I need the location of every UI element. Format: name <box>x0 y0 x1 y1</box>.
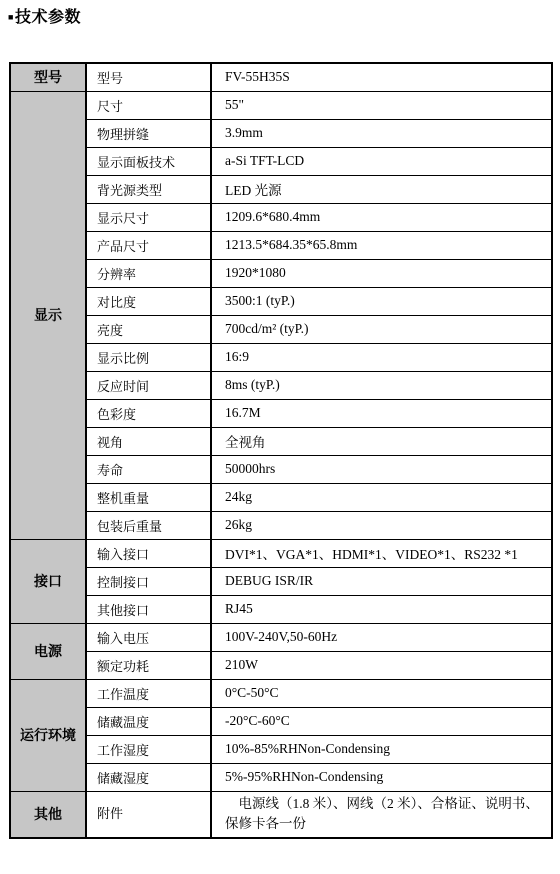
spec-value-cell: 1213.5*684.35*65.8mm <box>211 231 552 259</box>
spec-label-cell: 控制接口 <box>86 567 211 595</box>
category-cell-environment: 运行环境 <box>10 679 86 791</box>
spec-label-cell: 视角 <box>86 427 211 455</box>
spec-value-cell: RJ45 <box>211 595 552 623</box>
table-row: 视角 全视角 <box>10 427 552 455</box>
spec-label-cell: 显示面板技术 <box>86 147 211 175</box>
spec-value-cell: 0°C-50°C <box>211 679 552 707</box>
spec-value-cell: 电源线（1.8 米）、网线（2 米）、合格证、说明书、保修卡各一份 <box>211 791 552 838</box>
spec-value-cell: 16:9 <box>211 343 552 371</box>
spec-label-cell: 寿命 <box>86 455 211 483</box>
spec-label-cell: 物理拼缝 <box>86 119 211 147</box>
table-row: 物理拼缝 3.9mm <box>10 119 552 147</box>
category-cell-display: 显示 <box>10 91 86 539</box>
spec-value-cell: LED 光源 <box>211 175 552 203</box>
spec-label-cell: 输入电压 <box>86 623 211 651</box>
spec-value-cell: 24kg <box>211 483 552 511</box>
spec-sheet-page: ■技术参数 型号 型号 FV-55H35S 显示 尺寸 55" 物理拼缝 3.9… <box>0 0 560 874</box>
table-row: 运行环境 工作温度 0°C-50°C <box>10 679 552 707</box>
spec-value-cell: 全视角 <box>211 427 552 455</box>
table-row: 其他接口 RJ45 <box>10 595 552 623</box>
spec-label-cell: 反应时间 <box>86 371 211 399</box>
spec-label-cell: 工作湿度 <box>86 735 211 763</box>
spec-label-cell: 其他接口 <box>86 595 211 623</box>
table-row: 额定功耗 210W <box>10 651 552 679</box>
table-row: 储藏湿度 5%-95%RHNon-Condensing <box>10 763 552 791</box>
spec-value-cell: 26kg <box>211 511 552 539</box>
spec-value-cell: FV-55H35S <box>211 63 552 91</box>
table-row: 其他 附件 电源线（1.8 米）、网线（2 米）、合格证、说明书、保修卡各一份 <box>10 791 552 838</box>
spec-value-cell: 100V-240V,50-60Hz <box>211 623 552 651</box>
spec-label-cell: 色彩度 <box>86 399 211 427</box>
spec-label-cell: 额定功耗 <box>86 651 211 679</box>
spec-label-cell: 背光源类型 <box>86 175 211 203</box>
table-row: 显示尺寸 1209.6*680.4mm <box>10 203 552 231</box>
spec-label-cell: 型号 <box>86 63 211 91</box>
spec-value-cell: 16.7M <box>211 399 552 427</box>
table-row: 反应时间 8ms (tyP.) <box>10 371 552 399</box>
spec-label-cell: 分辨率 <box>86 259 211 287</box>
spec-label-cell: 对比度 <box>86 287 211 315</box>
category-cell-interface: 接口 <box>10 539 86 623</box>
table-row: 整机重量 24kg <box>10 483 552 511</box>
page-title: ■技术参数 <box>8 7 81 28</box>
spec-value-cell: -20°C-60°C <box>211 707 552 735</box>
table-row: 包装后重量 26kg <box>10 511 552 539</box>
spec-value-cell: DVI*1、VGA*1、HDMI*1、VIDEO*1、RS232 *1 <box>211 539 552 567</box>
category-cell-power: 电源 <box>10 623 86 679</box>
spec-label-cell: 尺寸 <box>86 91 211 119</box>
table-row: 控制接口 DEBUG ISR/IR <box>10 567 552 595</box>
table-row: 型号 型号 FV-55H35S <box>10 63 552 91</box>
spec-table: 型号 型号 FV-55H35S 显示 尺寸 55" 物理拼缝 3.9mm 显示面… <box>9 62 553 839</box>
table-row: 寿命 50000hrs <box>10 455 552 483</box>
spec-value-cell: 3.9mm <box>211 119 552 147</box>
spec-value-cell: 5%-95%RHNon-Condensing <box>211 763 552 791</box>
spec-label-cell: 显示比例 <box>86 343 211 371</box>
table-row: 接口 输入接口 DVI*1、VGA*1、HDMI*1、VIDEO*1、RS232… <box>10 539 552 567</box>
spec-value-cell: DEBUG ISR/IR <box>211 567 552 595</box>
spec-label-cell: 显示尺寸 <box>86 203 211 231</box>
table-row: 显示 尺寸 55" <box>10 91 552 119</box>
spec-label-cell: 输入接口 <box>86 539 211 567</box>
table-row: 显示比例 16:9 <box>10 343 552 371</box>
spec-label-cell: 包装后重量 <box>86 511 211 539</box>
category-cell-other: 其他 <box>10 791 86 838</box>
spec-value-cell: 3500:1 (tyP.) <box>211 287 552 315</box>
spec-label-cell: 亮度 <box>86 315 211 343</box>
table-row: 产品尺寸 1213.5*684.35*65.8mm <box>10 231 552 259</box>
table-row: 电源 输入电压 100V-240V,50-60Hz <box>10 623 552 651</box>
spec-value-cell: 50000hrs <box>211 455 552 483</box>
table-row: 分辨率 1920*1080 <box>10 259 552 287</box>
square-bullet-icon: ■ <box>8 12 14 22</box>
spec-label-cell: 储藏湿度 <box>86 763 211 791</box>
spec-value-cell: a-Si TFT-LCD <box>211 147 552 175</box>
spec-value-cell: 55" <box>211 91 552 119</box>
spec-value-cell: 1209.6*680.4mm <box>211 203 552 231</box>
spec-label-cell: 附件 <box>86 791 211 838</box>
spec-value-cell: 210W <box>211 651 552 679</box>
table-row: 亮度 700cd/m² (tyP.) <box>10 315 552 343</box>
table-row: 工作湿度 10%-85%RHNon-Condensing <box>10 735 552 763</box>
table-row: 色彩度 16.7M <box>10 399 552 427</box>
category-cell-model: 型号 <box>10 63 86 91</box>
spec-value-cell: 8ms (tyP.) <box>211 371 552 399</box>
table-row: 背光源类型 LED 光源 <box>10 175 552 203</box>
spec-label-cell: 整机重量 <box>86 483 211 511</box>
page-title-text: 技术参数 <box>15 9 81 26</box>
spec-value-cell: 10%-85%RHNon-Condensing <box>211 735 552 763</box>
table-row: 显示面板技术 a-Si TFT-LCD <box>10 147 552 175</box>
spec-label-cell: 产品尺寸 <box>86 231 211 259</box>
spec-label-cell: 工作温度 <box>86 679 211 707</box>
spec-label-cell: 储藏温度 <box>86 707 211 735</box>
table-row: 储藏温度 -20°C-60°C <box>10 707 552 735</box>
table-row: 对比度 3500:1 (tyP.) <box>10 287 552 315</box>
spec-value-cell: 700cd/m² (tyP.) <box>211 315 552 343</box>
spec-value-cell: 1920*1080 <box>211 259 552 287</box>
